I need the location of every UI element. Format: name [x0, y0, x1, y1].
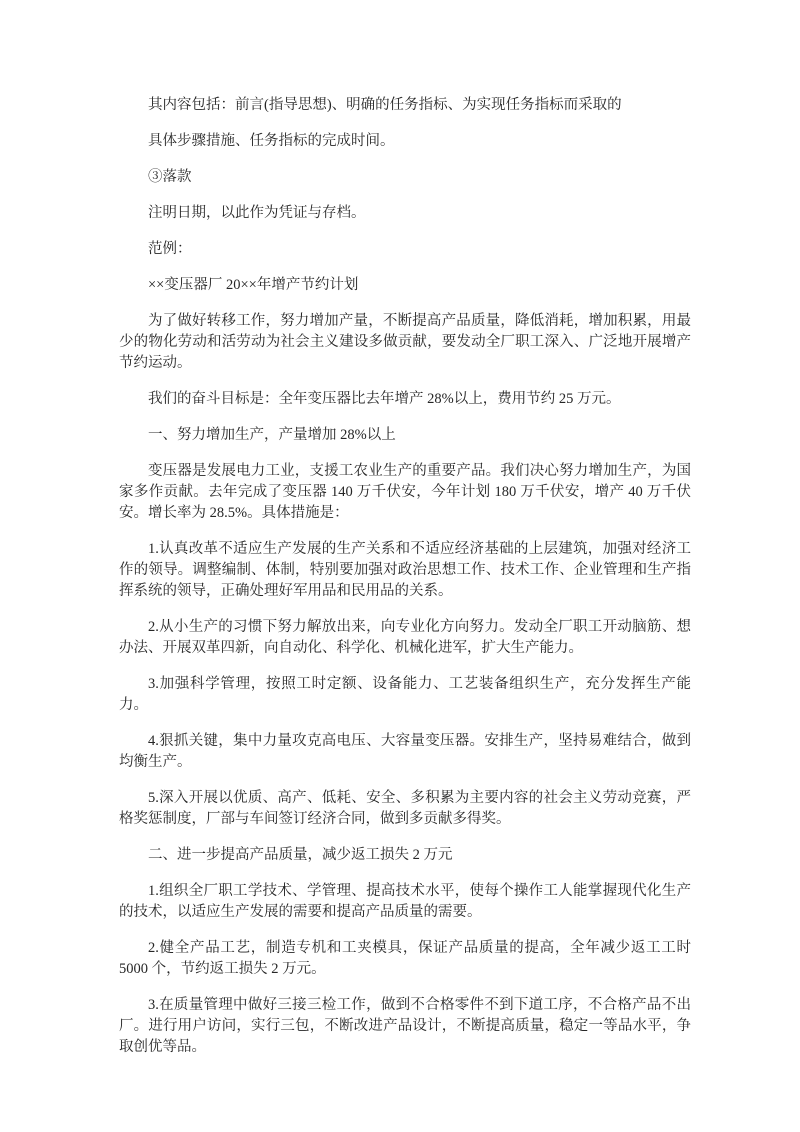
paragraph-plan-intro: 为了做好转移工作，努力增加产量，不断提高产品质量，降低消耗，增加积累，用最少的物…	[119, 311, 691, 374]
paragraph-steps-deadline: 具体步骤措施、任务指标的完成时间。	[119, 131, 691, 152]
paragraph-measure-1: 1.认真改革不适应生产发展的生产关系和不适应经济基础的上层建筑，加强对经济工作的…	[119, 539, 691, 602]
paragraph-goal-statement: 我们的奋斗目标是：全年变压器比去年增产 28%以上，费用节约 25 万元。	[119, 389, 691, 410]
paragraph-quality-2: 2.健全产品工艺，制造专机和工夹模具，保证产品质量的提高，全年减少返工工时 50…	[119, 938, 691, 980]
document-content: 其内容包括：前言(指导思想)、明确的任务指标、为实现任务指标而采取的 具体步骤措…	[119, 95, 691, 1073]
paragraph-measure-4: 4.狠抓关键，集中力量攻克高电压、大容量变压器。安排生产，坚持易难结合，做到均衡…	[119, 731, 691, 773]
paragraph-measure-2: 2.从小生产的习惯下努力解放出来，向专业化方向努力。发动全厂职工开动脑筋、想办法…	[119, 617, 691, 659]
heading-section-2: 二、进一步提高产品质量，减少返工损失 2 万元	[119, 845, 691, 866]
paragraph-measure-3: 3.加强科学管理，按照工时定额、设备能力、工艺装备组织生产，充分发挥生产能力。	[119, 674, 691, 716]
paragraph-content-includes: 其内容包括：前言(指导思想)、明确的任务指标、为实现任务指标而采取的	[119, 95, 691, 116]
paragraph-signoff-heading: ③落款	[119, 167, 691, 188]
paragraph-example-label: 范例：	[119, 239, 691, 260]
heading-section-1: 一、努力增加生产，产量增加 28%以上	[119, 425, 691, 446]
paragraph-plan-title: ××变压器厂 20××年增产节约计划	[119, 275, 691, 296]
paragraph-quality-3: 3.在质量管理中做好三接三检工作，做到不合格零件不到下道工序，不合格产品不出厂。…	[119, 995, 691, 1058]
paragraph-date-note: 注明日期，以此作为凭证与存档。	[119, 203, 691, 224]
paragraph-section1-intro: 变压器是发展电力工业，支援工农业生产的重要产品。我们决心努力增加生产，为国家多作…	[119, 461, 691, 524]
paragraph-quality-1: 1.组织全厂职工学技术、学管理、提高技术水平，使每个操作工人能掌握现代化生产的技…	[119, 881, 691, 923]
document-page: 其内容包括：前言(指导思想)、明确的任务指标、为实现任务指标而采取的 具体步骤措…	[0, 0, 800, 1132]
paragraph-measure-5: 5.深入开展以优质、高产、低耗、安全、多积累为主要内容的社会主义劳动竞赛，严格奖…	[119, 788, 691, 830]
